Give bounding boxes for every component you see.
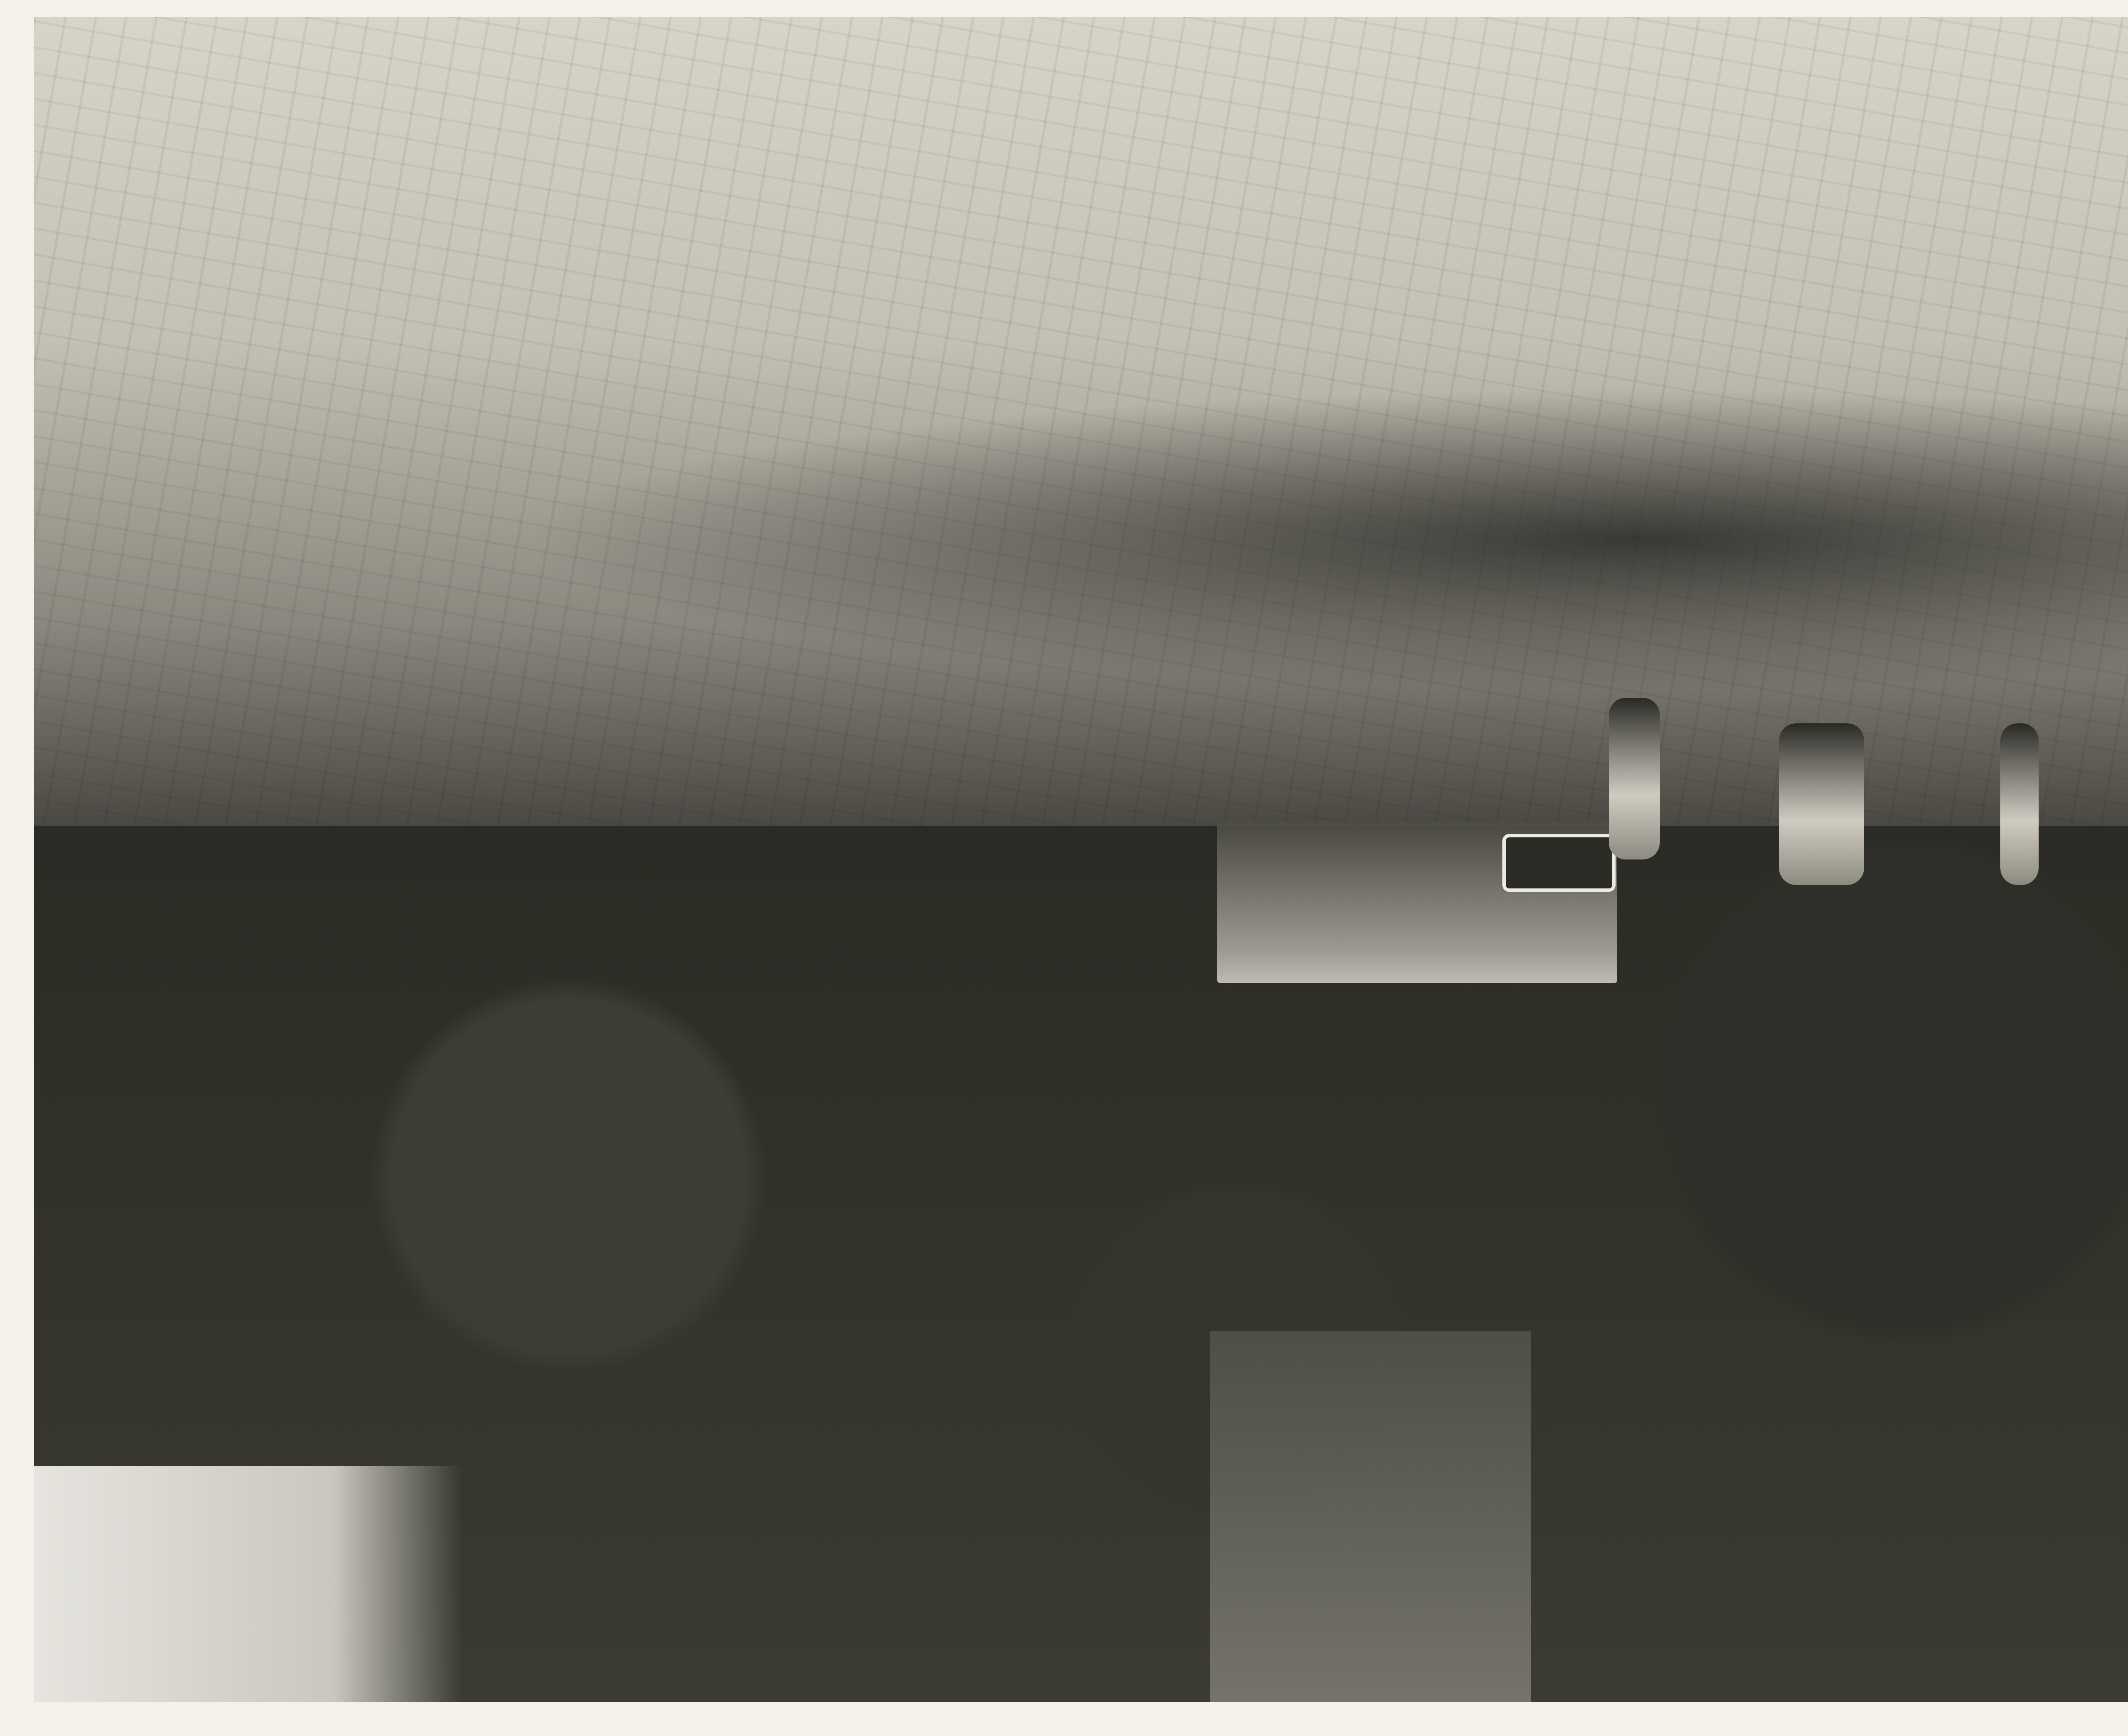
photo-card [0, 0, 2128, 1736]
tree-shadow [515, 388, 2128, 691]
pedestrian [1609, 698, 1660, 859]
sky-patch [34, 1466, 462, 1702]
cart-plate [1502, 834, 1616, 892]
pedestrian [2000, 723, 2039, 885]
building-facade [1210, 1331, 1531, 1702]
cyclist [1779, 723, 1864, 885]
